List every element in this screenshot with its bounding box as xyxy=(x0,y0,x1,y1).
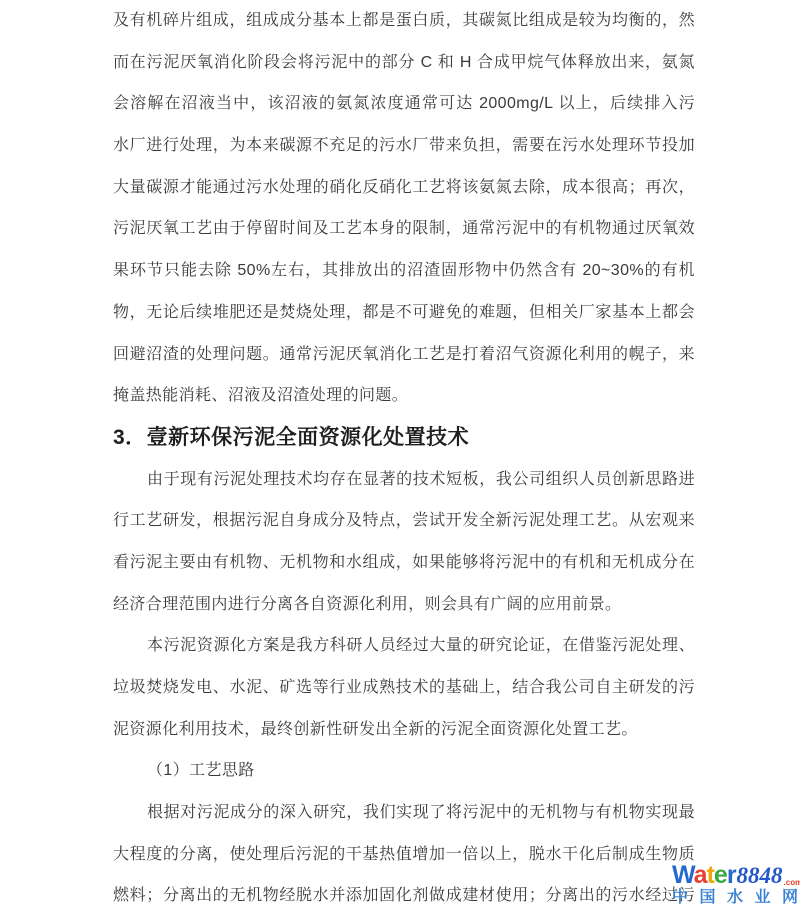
text-line: 大量碳源才能通过污水处理的硝化反硝化工艺将该氨氮去除，成本很高；再次， xyxy=(113,167,695,209)
site-name-char: 网 xyxy=(782,889,798,907)
section-heading: 3．壹新环保污泥全面资源化处置技术 xyxy=(113,417,695,459)
text-line: 及有机碎片组成，组成成分基本上都是蛋白质，其碳氮比组成是较为均衡的，然 xyxy=(113,0,695,42)
text-line: 掩盖热能消耗、沼液及沼渣处理的问题。 xyxy=(113,375,695,417)
text-line: 水厂进行处理，为本来碳源不充足的污水厂带来负担，需要在污水处理环节投加 xyxy=(113,125,695,167)
text-line: 物，无论后续堆肥还是焚烧处理，都是不可避免的难题，但相关厂家基本上都会 xyxy=(113,292,695,334)
text-line: 垃圾焚烧发电、水泥、矿选等行业成熟技术的基础上，结合我公司自主研发的污 xyxy=(113,667,695,709)
wordmark-letter: t xyxy=(707,861,714,889)
site-name-char: 国 xyxy=(699,889,715,907)
document-body: 及有机碎片组成，组成成分基本上都是蛋白质，其碳氮比组成是较为均衡的，然而在污泥厌… xyxy=(113,0,695,915)
water8848-number: 8848 xyxy=(737,864,783,888)
wordmark-letter: e xyxy=(714,861,727,889)
text-line: （1）工艺思路 xyxy=(113,750,695,792)
text-line: 回避沼渣的处理问题。通常污泥厌氧消化工艺是打着沼气资源化利用的幌子，来 xyxy=(113,334,695,376)
site-name-char: 业 xyxy=(754,889,770,907)
text-line: 经济合理范围内进行分离各自资源化利用，则会具有广阔的应用前景。 xyxy=(113,584,695,626)
text-line: 污泥厌氧工艺由于停留时间及工艺本身的限制，通常污泥中的有机物通过厌氧效 xyxy=(113,208,695,250)
document-page: 及有机碎片组成，组成成分基本上都是蛋白质，其碳氮比组成是较为均衡的，然而在污泥厌… xyxy=(0,0,800,915)
wordmark-letter: r xyxy=(727,861,736,889)
text-line: 而在污泥厌氧消化阶段会将污泥中的部分 C 和 H 合成甲烷气体释放出来，氨氮 xyxy=(113,42,695,84)
text-line: 根据对污泥成分的深入研究，我们实现了将污泥中的无机物与有机物实现最 xyxy=(113,792,695,834)
text-line: 看污泥主要由有机物、无机物和水组成，如果能够将污泥中的有机和无机成分在 xyxy=(113,542,695,584)
text-line: 燃料；分离出的无机物经脱水并添加固化剂做成建材使用；分离出的污水经过污 xyxy=(113,875,695,915)
site-name-char: 水 xyxy=(727,889,743,907)
wordmark-letter: a xyxy=(694,861,707,889)
text-line: 本污泥资源化方案是我方科研人员经过大量的研究论证，在借鉴污泥处理、 xyxy=(113,625,695,667)
text-line: 果环节只能去除 50%左右，其排放出的沼渣固形物中仍然含有 20~30%的有机 xyxy=(113,250,695,292)
text-line: 大程度的分离，使处理后污泥的干基热值增加一倍以上，脱水干化后制成生物质 xyxy=(113,834,695,876)
text-line: 泥资源化利用技术，最终创新性研发出全新的污泥全面资源化处置工艺。 xyxy=(113,709,695,751)
text-line: 由于现有污泥处理技术均存在显著的技术短板，我公司组织人员创新思路进 xyxy=(113,459,695,501)
text-line: 会溶解在沼液当中，该沼液的氨氮浓度通常可达 2000mg/L 以上，后续排入污 xyxy=(113,83,695,125)
text-line: 行工艺研发，根据污泥自身成分及特点，尝试开发全新污泥处理工艺。从宏观来 xyxy=(113,500,695,542)
water8848-tld: .com xyxy=(784,878,800,888)
